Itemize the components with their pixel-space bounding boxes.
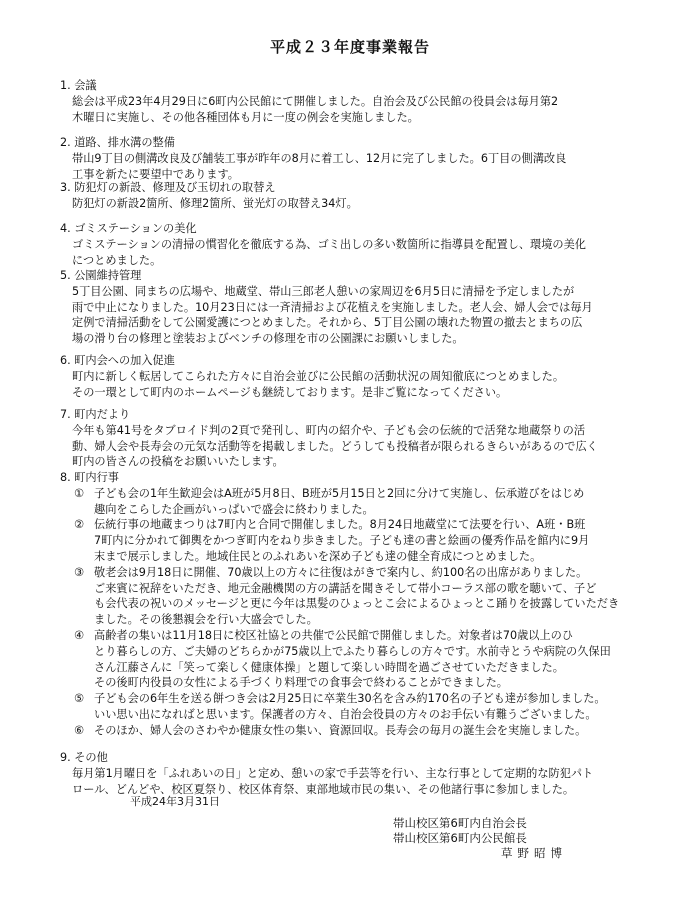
item-marker: ④ (74, 628, 94, 691)
section-heading: 1. 会議 (60, 78, 670, 94)
event-item: ①子ども会の1年生歓迎会はA班が5月8日、B班が5月15日と2回に分けて実施し、… (74, 486, 670, 518)
body-line: 防犯灯の新設2箇所、修理2箇所、蛍光灯の取替え34灯。 (72, 196, 670, 212)
page-title: 平成２３年度事業報告 (0, 36, 700, 57)
section-body: 今年も第41号をタブロイド判の2頁で発刊し、町内の紹介や、子ども会の伝統的で活発… (72, 423, 670, 470)
section-heading: 8. 町内行事 (60, 470, 670, 486)
body-line: 今年も第41号をタブロイド判の2頁で発刊し、町内の紹介や、子ども会の伝統的で活発… (72, 423, 670, 439)
signatory-title: 帯山校区第6町内自治会長 (393, 816, 567, 831)
section-heading: 9. その他 (60, 750, 670, 766)
event-item: ③敬老会は9月18日に開催、70歳以上の方々に往復はがきで案内し、約100名の出… (74, 565, 670, 628)
body-line: 伝統行事の地蔵まつりは7町内と合同で開催しました。8月24日地蔵堂にて法要を行い… (94, 517, 670, 533)
body-line: ました。その後懇親会を行い大盛会でした。 (94, 612, 670, 628)
body-line: さん江藤さんに「笑って楽しく健康体操」と題して楽しい時間を過ごさせていただきまし… (94, 660, 670, 676)
section-body: 総会は平成23年4月29日に6町内公民館にて開催しました。自治会及び公民館の役員… (72, 94, 670, 126)
signatory-name: 草野昭博 (393, 846, 567, 861)
body-line: そのほか、婦人会のさわやか健康女性の集い、資源回収。長寿会の毎月の誕生会を実施し… (94, 723, 670, 739)
body-line: 7町内に分かれて御輿をかつぎ町内をねり歩きました。子ども達の書と絵画の優秀作品を… (94, 533, 670, 549)
report-date: 平成24年3月31日 (130, 793, 220, 809)
body-line: いい思い出になればと思います。保護者の方々、自治会役員の方々のお手伝い有難うござ… (94, 707, 670, 723)
body-line: 木曜日に実施し、その他各種団体も月に一度の例会を実施しました。 (72, 110, 670, 126)
event-item: ⑤子ども会の6年生を送る餅つき会は2月25日に卒業生30名を含み約170名の子ど… (74, 691, 670, 723)
signatory-title: 帯山校区第6町内公民館長 (393, 831, 567, 846)
section-heading: 3. 防犯灯の新設、修理及び玉切れの取替え (60, 180, 670, 196)
item-text: そのほか、婦人会のさわやか健康女性の集い、資源回収。長寿会の毎月の誕生会を実施し… (94, 723, 670, 739)
item-text: 伝統行事の地蔵まつりは7町内と合同で開催しました。8月24日地蔵堂にて法要を行い… (94, 517, 670, 564)
section-body: 町内に新しく転居してこられた方々に自治会並びに公民館の活動状況の周知徹底につとめ… (72, 369, 670, 401)
body-line: 帯山9丁目の側溝改良及び舗装工事が昨年の8月に着工し、12月に完了しました。6丁… (72, 151, 670, 167)
section-meetings: 1. 会議総会は平成23年4月29日に6町内公民館にて開催しました。自治会及び公… (60, 78, 670, 125)
body-line: 末まで展示しました。地域住民とのふれあいを深め子ども達の健全育成につとめました。 (94, 549, 670, 565)
body-line: につとめました。 (72, 253, 670, 269)
body-line: とり暮らしの方、ご夫婦のどちらかが75歳以上でふたり暮らしの方々です。水前寺とう… (94, 644, 670, 660)
section-newsletter: 7. 町内だより今年も第41号をタブロイド判の2頁で発刊し、町内の紹介や、子ども… (60, 407, 670, 470)
item-marker: ⑥ (74, 723, 94, 739)
section-heading: 7. 町内だより (60, 407, 670, 423)
body-line: 5丁目公園、同まちの広場や、地蔵堂、帯山三郎老人憩いの家周辺を6月5日に清掃を予… (72, 284, 670, 300)
section-heading: 4. ゴミステーションの美化 (60, 221, 670, 237)
section-body: 5丁目公園、同まちの広場や、地蔵堂、帯山三郎老人憩いの家周辺を6月5日に清掃を予… (72, 284, 670, 347)
body-line: 子ども会の1年生歓迎会はA班が5月8日、B班が5月15日と2回に分けて実施し、伝… (94, 486, 670, 502)
body-line: 町内の皆さんの投稿をお願いいたします。 (72, 454, 670, 470)
body-line: も会代表の祝いのメッセージと更に今年は黒髪のひょっとこ会によるひょっとこ踊りを披… (94, 596, 670, 612)
section-body: 防犯灯の新設2箇所、修理2箇所、蛍光灯の取替え34灯。 (72, 196, 670, 212)
body-line: 趣向をこらした企画がいっぱいで盛会に終わりました。 (94, 502, 670, 518)
section-streetlights: 3. 防犯灯の新設、修理及び玉切れの取替え防犯灯の新設2箇所、修理2箇所、蛍光灯… (60, 180, 670, 212)
body-line: 町内に新しく転居してこられた方々に自治会並びに公民館の活動状況の周知徹底につとめ… (72, 369, 670, 385)
event-item: ④高齢者の集いは11月18日に校区社協との共催で公民館で開催しました。対象者は7… (74, 628, 670, 691)
signature-block: 帯山校区第6町内自治会長 帯山校区第6町内公民館長 草野昭博 (393, 816, 567, 861)
body-line: 敬老会は9月18日に開催、70歳以上の方々に往復はがきで案内し、約100名の出席… (94, 565, 670, 581)
section-heading: 6. 町内会への加入促進 (60, 353, 670, 369)
item-text: 高齢者の集いは11月18日に校区社協との共催で公民館で開催しました。対象者は70… (94, 628, 670, 691)
section-roads: 2. 道路、排水溝の整備帯山9丁目の側溝改良及び舗装工事が昨年の8月に着工し、1… (60, 135, 670, 182)
body-line: 定例で清掃活動をして公園愛護につとめました。それから、5丁目公園の壊れた物置の撤… (72, 315, 670, 331)
item-marker: ③ (74, 565, 94, 628)
section-other: 9. その他毎月第1月曜日を「ふれあいの日」と定め、憩いの家で手芸等を行い、主な… (60, 750, 670, 797)
event-item: ②伝統行事の地蔵まつりは7町内と合同で開催しました。8月24日地蔵堂にて法要を行… (74, 517, 670, 564)
body-line: 高齢者の集いは11月18日に校区社協との共催で公民館で開催しました。対象者は70… (94, 628, 670, 644)
body-line: 雨で中止になりました。10月23日には一斉清掃および花植えを実施しました。老人会… (72, 300, 670, 316)
section-body: ゴミステーションの清掃の慣習化を徹底する為、ゴミ出しの多い数箇所に指導員を配置し… (72, 237, 670, 269)
body-line: 場の滑り台の修理と塗装およびベンチの修理を市の公園課にお願いしました。 (72, 331, 670, 347)
section-parks: 5. 公園維持管理5丁目公園、同まちの広場や、地蔵堂、帯山三郎老人憩いの家周辺を… (60, 268, 670, 347)
item-text: 敬老会は9月18日に開催、70歳以上の方々に往復はがきで案内し、約100名の出席… (94, 565, 670, 628)
item-marker: ⑤ (74, 691, 94, 723)
body-line: その後町内役員の女性による手づくり料理での食事会で終わることができました。 (94, 675, 670, 691)
body-line: 総会は平成23年4月29日に6町内公民館にて開催しました。自治会及び公民館の役員… (72, 94, 670, 110)
item-text: 子ども会の6年生を送る餅つき会は2月25日に卒業生30名を含み約170名の子ども… (94, 691, 670, 723)
item-text: 子ども会の1年生歓迎会はA班が5月8日、B班が5月15日と2回に分けて実施し、伝… (94, 486, 670, 518)
body-line: ご来賓に祝辞をいただき、地元金融機関の方の講話を聞きそして帯小コーラス部の歌を聴… (94, 581, 670, 597)
body-line: 子ども会の6年生を送る餅つき会は2月25日に卒業生30名を含み約170名の子ども… (94, 691, 670, 707)
section-events: 8. 町内行事①子ども会の1年生歓迎会はA班が5月8日、B班が5月15日と2回に… (60, 470, 670, 739)
section-heading: 5. 公園維持管理 (60, 268, 670, 284)
body-line: その一環として町内のホームページも継続しております。是非ご覧になってください。 (72, 385, 670, 401)
item-marker: ① (74, 486, 94, 518)
section-garbage: 4. ゴミステーションの美化ゴミステーションの清掃の慣習化を徹底する為、ゴミ出し… (60, 221, 670, 268)
section-membership: 6. 町内会への加入促進町内に新しく転居してこられた方々に自治会並びに公民館の活… (60, 353, 670, 400)
body-line: ゴミステーションの清掃の慣習化を徹底する為、ゴミ出しの多い数箇所に指導員を配置し… (72, 237, 670, 253)
section-heading: 2. 道路、排水溝の整備 (60, 135, 670, 151)
body-line: 動、婦人会や長寿会の元気な活動等を掲載しました。どうしても投稿者が限られるきらい… (72, 439, 670, 455)
event-item: ⑥そのほか、婦人会のさわやか健康女性の集い、資源回収。長寿会の毎月の誕生会を実施… (74, 723, 670, 739)
item-marker: ② (74, 517, 94, 564)
section-body: 帯山9丁目の側溝改良及び舗装工事が昨年の8月に着工し、12月に完了しました。6丁… (72, 151, 670, 183)
body-line: 毎月第1月曜日を「ふれあいの日」と定め、憩いの家で手芸等を行い、主な行事として定… (72, 766, 670, 782)
